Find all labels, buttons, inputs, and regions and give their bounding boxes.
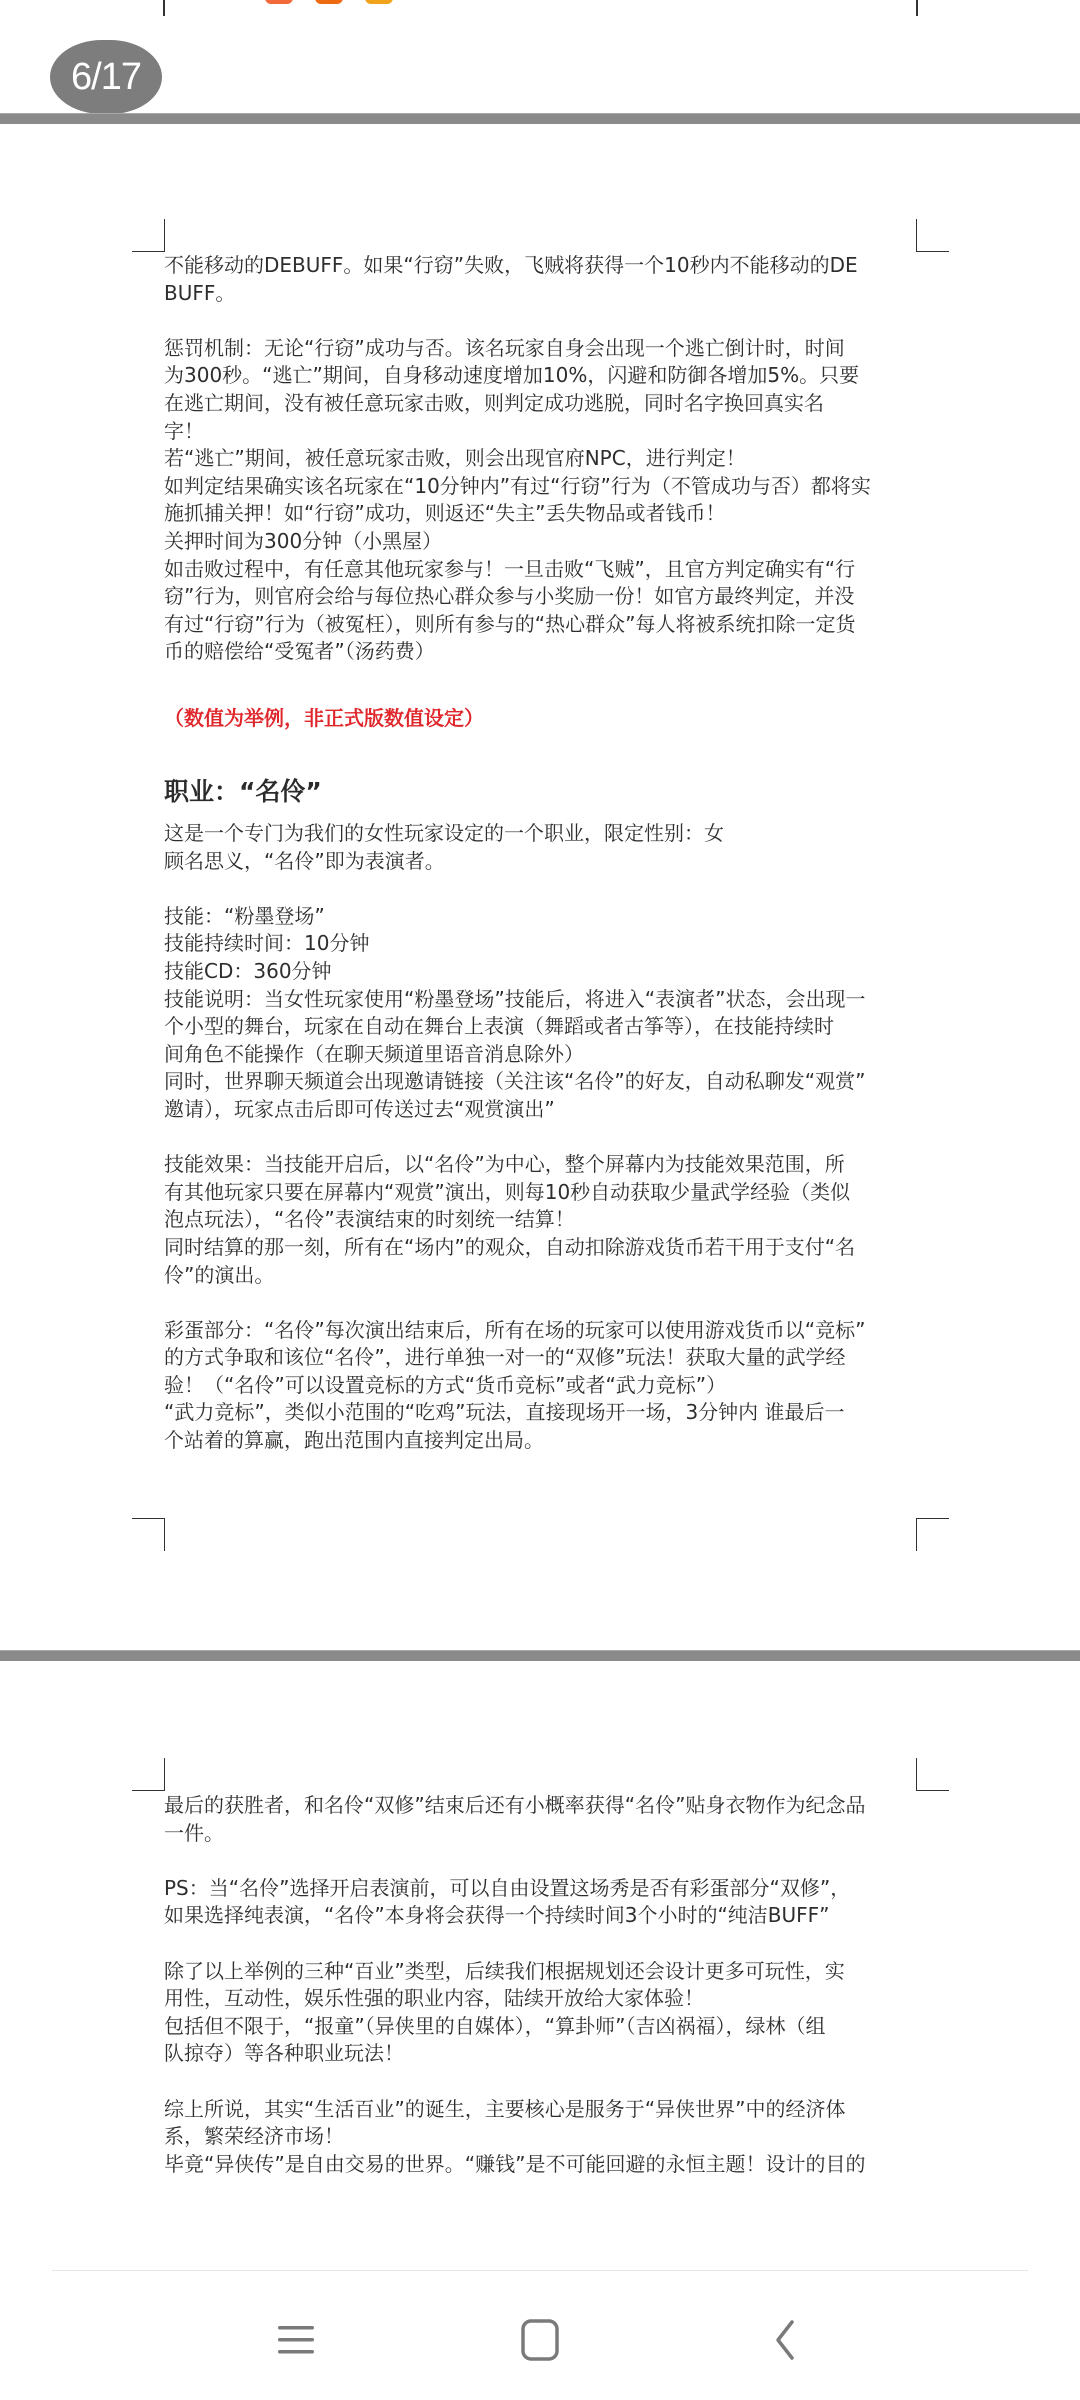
page5-border-left: [163, 0, 165, 16]
crop-mark-top-right: [916, 1758, 949, 1791]
text-line: 除了以上举例的三种“百业”类型，后续我们根据规划还会设计更多可玩性，实: [164, 1958, 924, 1986]
text-line: 队掠夺）等各种职业玩法！: [164, 2040, 924, 2068]
text-line: BUFF。: [164, 280, 924, 308]
page-indicator-badge: 6/17: [50, 40, 162, 114]
text-line: 一件。: [164, 1820, 924, 1848]
text-line: 有其他玩家只要在屏幕内“观赏”演出，则每10秒自动获取少量武学经验（类似: [164, 1179, 924, 1207]
text-line: 若“逃亡”期间，被任意玩家击败，则会出现官府NPC，进行判定！: [164, 445, 924, 473]
text-line: 不能移动的DEBUFF。如果“行窃”失败，飞贼将获得一个10秒内不能移动的DE: [164, 252, 924, 280]
text-line: 技能持续时间：10分钟: [164, 930, 924, 958]
text-line: 有过“行窃”行为（被冤枉），则所有参与的“热心群众”每人将被系统扣除一定货: [164, 611, 924, 639]
home-button[interactable]: [500, 2300, 580, 2380]
text-line: 毕竟“异侠传”是自由交易的世界。“赚钱”是不可能回避的永恒主题！设计的目的: [164, 2151, 924, 2179]
text-line: 关押时间为300分钟（小黑屋）: [164, 528, 924, 556]
page-separator: [0, 1650, 1080, 1661]
text-line: 最后的获胜者，和名伶“双修”结束后还有小概率获得“名伶”贴身衣物作为纪念品: [164, 1792, 924, 1820]
back-icon: [770, 2318, 800, 2362]
page5-border-right: [916, 0, 918, 16]
text-line: 如判定结果确实该名玩家在“10分钟内”有过“行窃”行为（不管成功与否）都将实: [164, 473, 924, 501]
text-line: 验！（“名伶”可以设置竞标的方式“货币竞标”或者“武力竞标”）: [164, 1372, 924, 1400]
paragraph-gap: [164, 1847, 924, 1875]
text-line: 如果选择纯表演，“名伶”本身将会获得一个持续时间3个小时的“纯洁BUFF”: [164, 1902, 924, 1930]
dot-2: [315, 0, 343, 4]
back-button[interactable]: [745, 2300, 825, 2380]
page6-body: 不能移动的DEBUFF。如果“行窃”失败，飞贼将获得一个10秒内不能移动的DEB…: [164, 252, 924, 666]
text-line: 这是一个专门为我们的女性玩家设定的一个职业，限定性别：女: [164, 820, 924, 848]
menu-icon: [276, 2320, 316, 2360]
text-line: 个站着的算赢，跑出范围内直接判定出局。: [164, 1427, 924, 1455]
text-line: 邀请），玩家点击后即可传送过去“观赏演出”: [164, 1096, 924, 1124]
paragraph-gap: [164, 875, 924, 903]
text-line: 泡点玩法），“名伶”表演结束的时刻统一结算！: [164, 1206, 924, 1234]
section-heading: 职业：“名伶”: [164, 772, 924, 812]
page-separator: [0, 113, 1080, 124]
crop-mark-bottom-left: [132, 1518, 165, 1551]
text-line: 字！: [164, 418, 924, 446]
crop-mark-top-right: [916, 219, 949, 252]
text-line: 在逃亡期间，没有被任意玩家击败，则判定成功逃脱，同时名字换回真实名: [164, 390, 924, 418]
page7-body: 最后的获胜者，和名伶“双修”结束后还有小概率获得“名伶”贴身衣物作为纪念品一件。…: [164, 1792, 924, 2178]
crop-mark-top-left: [132, 219, 165, 252]
text-line: 技能CD：360分钟: [164, 958, 924, 986]
text-line: “武力竞标”，类似小范围的“吃鸡”玩法，直接现场开一场，3分钟内 谁最后一: [164, 1399, 924, 1427]
text-line: 用性，互动性，娱乐性强的职业内容，陆续开放给大家体验！: [164, 1985, 924, 2013]
text-line: 顾名思义，“名伶”即为表演者。: [164, 848, 924, 876]
paragraph-gap: [164, 1930, 924, 1958]
text-line: 的方式争取和该位“名伶”，进行单独一对一的“双修”玩法！获取大量的武学经: [164, 1344, 924, 1372]
disclaimer-note: （数值为举例，非正式版数值设定）: [164, 705, 924, 733]
page6-note: （数值为举例，非正式版数值设定）: [164, 705, 924, 733]
text-line: 技能说明：当女性玩家使用“粉墨登场”技能后，将进入“表演者”状态，会出现一: [164, 986, 924, 1014]
paragraph-gap: [164, 1289, 924, 1317]
text-line: 币的赔偿给“受冤者”（汤药费）: [164, 638, 924, 666]
text-line: 技能效果：当技能开启后，以“名伶”为中心，整个屏幕内为技能效果范围，所: [164, 1151, 924, 1179]
paragraph-gap: [164, 2068, 924, 2096]
page-indicator-text: 6/17: [71, 56, 141, 99]
text-line: 如击败过程中，有任意其他玩家参与！一旦击败“飞贼”，且官方判定确实有“行: [164, 556, 924, 584]
text-line: 伶”的演出。: [164, 1262, 924, 1290]
page6-heading-wrap: 职业：“名伶”: [164, 772, 924, 812]
recents-button[interactable]: [256, 2300, 336, 2380]
paragraph-gap: [164, 1124, 924, 1152]
text-line: 惩罚机制：无论“行窃”成功与否。该名玩家自身会出现一个逃亡倒计时，时间: [164, 335, 924, 363]
text-line: 包括但不限于，“报童”（异侠里的自媒体），“算卦师”（吉凶祸福），绿林（组: [164, 2013, 924, 2041]
text-line: 综上所说，其实“生活百业”的诞生，主要核心是服务于“异侠世界”中的经济体: [164, 2096, 924, 2124]
text-line: 同时结算的那一刻，所有在“场内”的观众，自动扣除游戏货币若干用于支付“名: [164, 1234, 924, 1262]
crop-mark-top-left: [132, 1758, 165, 1791]
crop-mark-bottom-right: [916, 1518, 949, 1551]
text-line: 同时，世界聊天频道会出现邀请链接（关注该“名伶”的好友，自动私聊发“观赏”: [164, 1068, 924, 1096]
text-line: 施抓捕关押！如“行窃”成功，则返还“失主”丢失物品或者钱币！: [164, 500, 924, 528]
text-line: 技能：“粉墨登场”: [164, 903, 924, 931]
text-line: 间角色不能操作（在聊天频道里语音消息除外）: [164, 1041, 924, 1069]
text-line: 彩蛋部分：“名伶”每次演出结束后，所有在场的玩家可以使用游戏货币以“竞标”: [164, 1317, 924, 1345]
text-line: 个小型的舞台，玩家在自动在舞台上表演（舞蹈或者古筝等），在技能持续时: [164, 1013, 924, 1041]
home-icon: [520, 2318, 560, 2362]
dot-1: [265, 0, 293, 4]
text-line: 为300秒。“逃亡”期间，自身移动速度增加10%，闪避和防御各增加5%。只要: [164, 362, 924, 390]
page6-body-2: 这是一个专门为我们的女性玩家设定的一个职业，限定性别：女顾名思义，“名伶”即为表…: [164, 820, 924, 1455]
text-line: PS：当“名伶”选择开启表演前，可以自由设置这场秀是否有彩蛋部分“双修”，: [164, 1875, 924, 1903]
page5-toolbar-dots: [265, 0, 405, 6]
text-line: 系，繁荣经济市场！: [164, 2123, 924, 2151]
navbar-divider: [52, 2270, 1028, 2271]
paragraph-gap: [164, 307, 924, 335]
text-line: 窃”行为，则官府会给与每位热心群众参与小奖励一份！如官方最终判定，并没: [164, 583, 924, 611]
dot-3: [365, 0, 393, 4]
